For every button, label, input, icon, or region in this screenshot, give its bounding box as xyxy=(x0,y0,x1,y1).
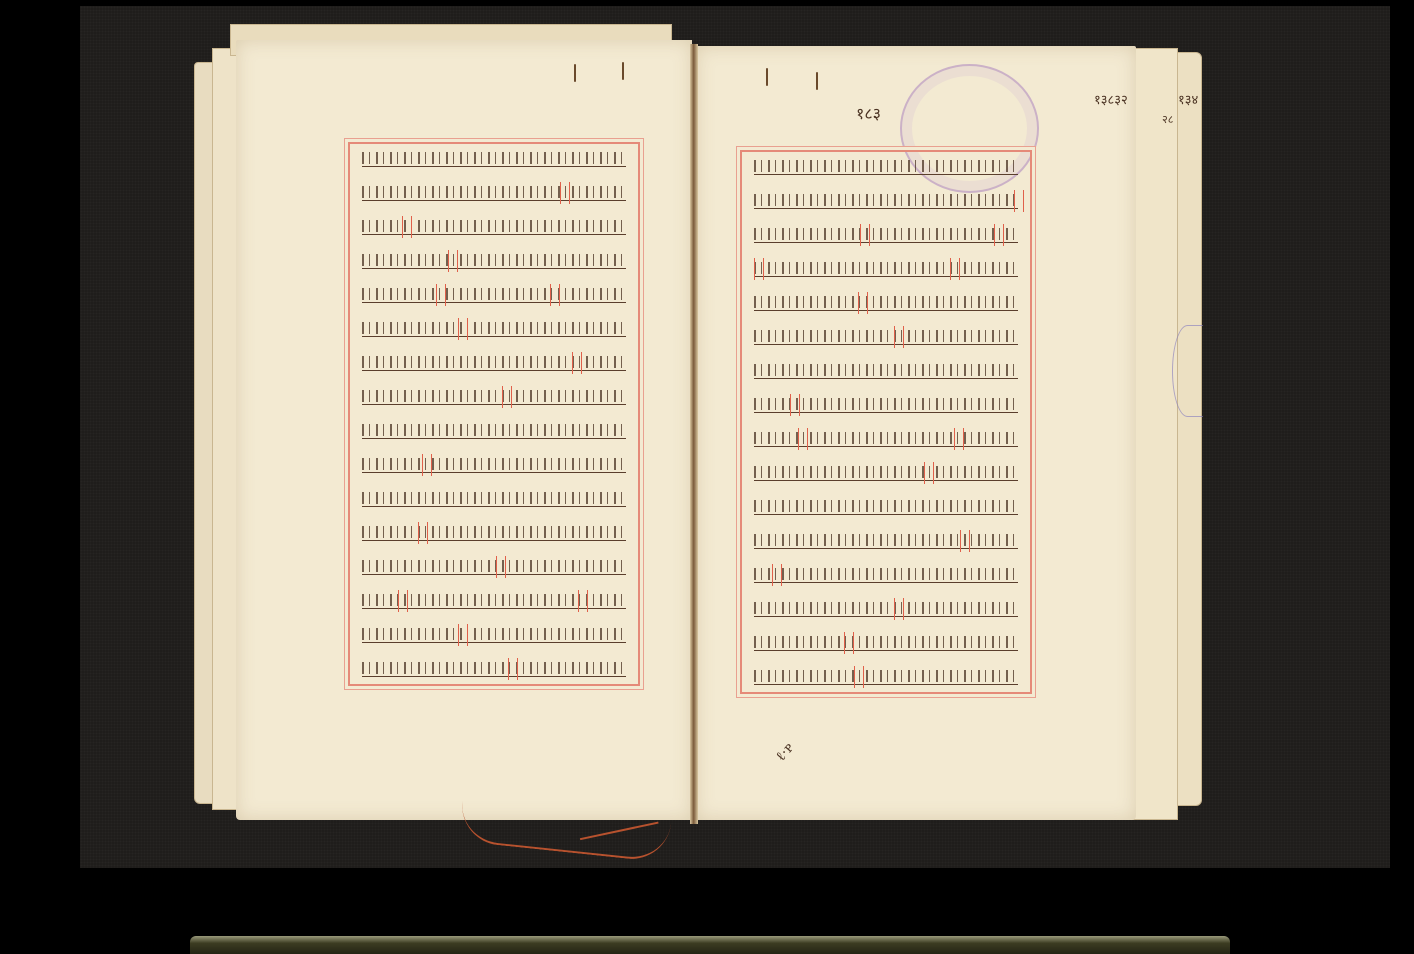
text-line xyxy=(754,260,1018,277)
folio-number: १८३ xyxy=(856,102,881,124)
text-line xyxy=(362,456,626,473)
text-line xyxy=(362,558,626,575)
lightbox-edge xyxy=(190,936,1230,954)
text-line xyxy=(362,592,626,609)
text-line xyxy=(754,328,1018,345)
text-line xyxy=(754,362,1018,379)
text-line xyxy=(754,226,1018,243)
text-line xyxy=(754,396,1018,413)
margin-mark xyxy=(766,68,768,86)
text-line xyxy=(754,668,1018,685)
text-line xyxy=(754,158,1018,175)
text-line xyxy=(362,660,626,677)
text-line xyxy=(754,464,1018,481)
text-line xyxy=(362,490,626,507)
edge-number-secondary: १३४ xyxy=(1178,90,1198,108)
right-text-block xyxy=(740,150,1032,694)
text-line xyxy=(362,524,626,541)
text-line xyxy=(754,600,1018,617)
edge-stamp xyxy=(1172,325,1203,417)
text-line xyxy=(754,634,1018,651)
edge-number-primary: १३८३२ xyxy=(1094,90,1128,108)
left-text-block xyxy=(348,142,640,686)
text-line xyxy=(362,626,626,643)
text-line xyxy=(754,566,1018,583)
text-line xyxy=(362,388,626,405)
right-page-stack-inner xyxy=(1130,48,1178,820)
margin-mark xyxy=(816,72,818,90)
text-line xyxy=(754,430,1018,447)
text-line xyxy=(754,294,1018,311)
margin-mark xyxy=(622,62,624,80)
text-line xyxy=(362,252,626,269)
text-line xyxy=(754,532,1018,549)
text-line xyxy=(362,150,626,167)
text-line xyxy=(362,218,626,235)
text-line xyxy=(362,184,626,201)
text-line xyxy=(362,320,626,337)
text-line xyxy=(754,498,1018,515)
text-line xyxy=(362,286,626,303)
text-line xyxy=(362,354,626,371)
book-gutter xyxy=(690,44,698,824)
edge-number-tertiary: २८ xyxy=(1162,112,1173,127)
text-line xyxy=(362,422,626,439)
text-line xyxy=(754,192,1018,209)
margin-mark xyxy=(574,64,576,82)
